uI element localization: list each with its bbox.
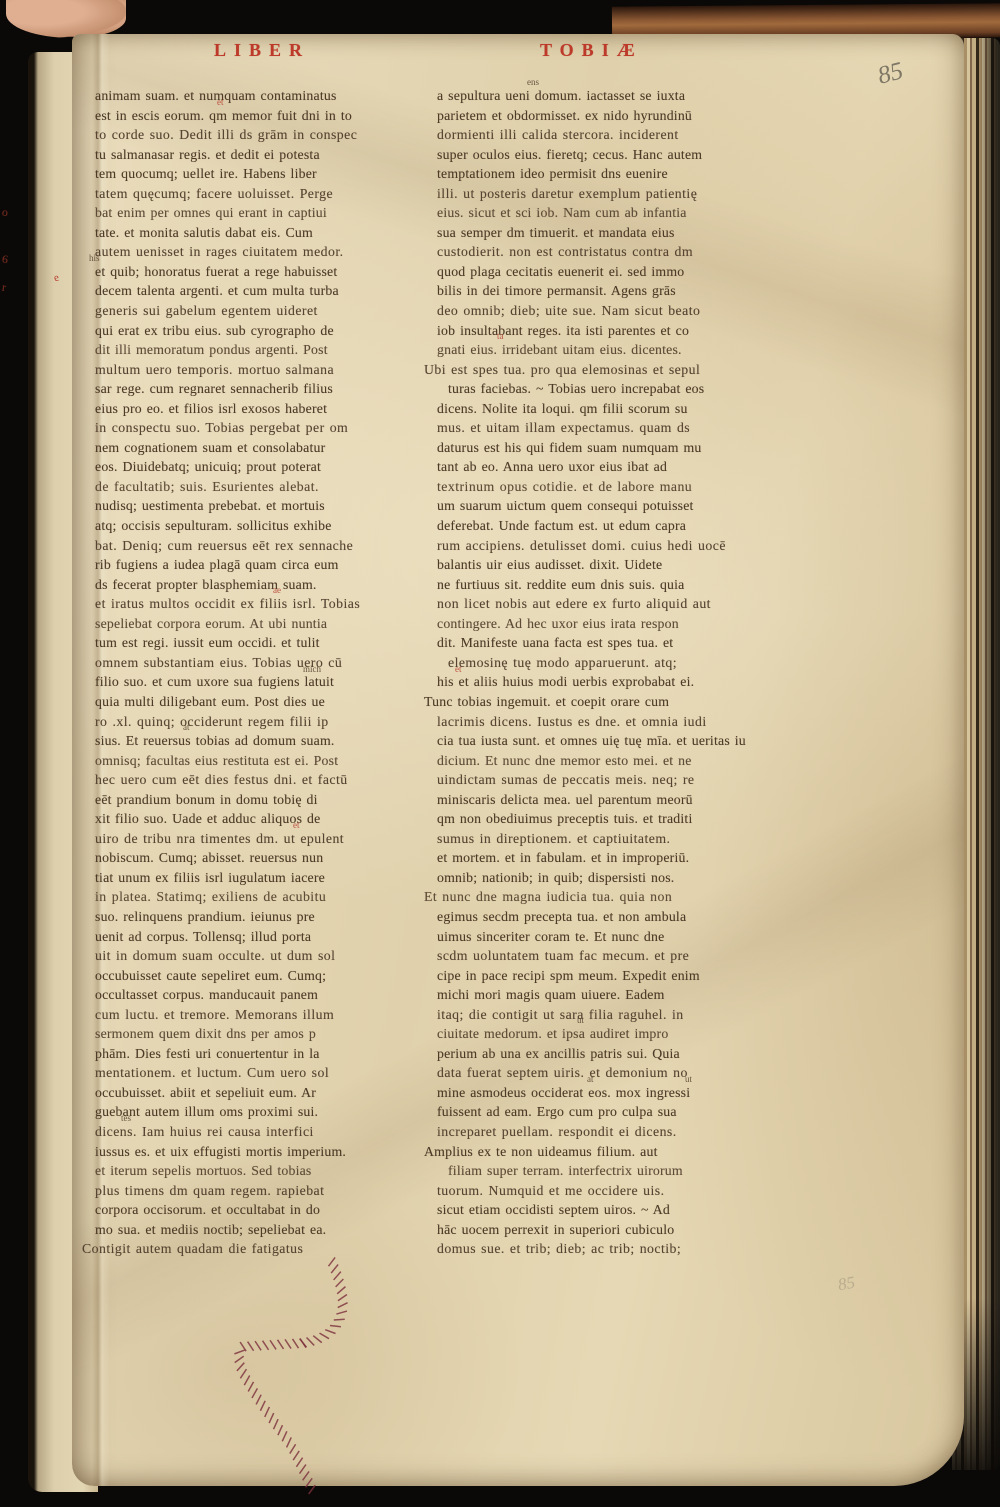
text-column-left: animam suam. et numquam contaminatusest … bbox=[95, 86, 431, 1259]
manuscript-line: cia tua iusta sunt. et omnes uię tuę mīa… bbox=[437, 731, 867, 751]
manuscript-line: tem quocumq; uellet ire. Habens liber bbox=[95, 164, 431, 184]
facing-page-text-fragment: o bbox=[1, 205, 9, 221]
manuscript-line: tate. et monita salutis dabat eis. Cum bbox=[95, 223, 431, 243]
manuscript-line: qm non obediuimus preceptis tuis. et tra… bbox=[437, 809, 867, 829]
manuscript-line: his et aliis huius modi uerbis exprobaba… bbox=[437, 672, 867, 692]
manuscript-line: sua semper dm timuerit. et mandata eius bbox=[437, 223, 867, 243]
manuscript-line: dicens. Nolite ita loqui. qm filii scoru… bbox=[437, 399, 867, 419]
manuscript-line: Amplius ex te non uideamus filium. aut bbox=[437, 1142, 867, 1162]
manuscript-line: uimus sinceriter coram te. Et nunc dne bbox=[437, 927, 867, 947]
manuscript-line: turas faciebas. ~ Tobias uero increpabat… bbox=[437, 379, 867, 399]
manuscript-line: temptationem ideo permisit dns euenire bbox=[437, 164, 867, 184]
manuscript-line: bilis in dei timore permansit. Agens grā… bbox=[437, 281, 867, 301]
interlinear-correction: mich bbox=[303, 664, 321, 674]
manuscript-line: tum est regi. iussit eum occidi. et tuli… bbox=[95, 633, 431, 653]
manuscript-line: dit illi memoratum pondus argenti. Post bbox=[95, 340, 431, 360]
folio-number: 85 bbox=[875, 57, 906, 90]
manuscript-line: contingere. Ad hec uxor eius irata respo… bbox=[437, 614, 867, 634]
manuscript-line: multum uero temporis. mortuo salmana bbox=[95, 360, 431, 380]
interlinear-correction: ae bbox=[273, 585, 281, 595]
manuscript-line: tatem quęcumq; facere uoluisset. Perge bbox=[95, 184, 431, 204]
manuscript-line: generis sui gabelum egentem uideret bbox=[95, 301, 431, 321]
manuscript-line: nudisq; uestimenta prebebat. et mortuis bbox=[95, 496, 431, 516]
manuscript-line: sepeliebat corpora eorum. At ubi nuntia bbox=[95, 614, 431, 634]
manuscript-line: perium ab una ex ancillis patris sui. Qu… bbox=[437, 1044, 867, 1064]
manuscript-line: tiat unum ex filiis isrl iugulatum iacer… bbox=[95, 868, 431, 888]
interlinear-correction: ut bbox=[685, 1074, 692, 1084]
manuscript-line: deferebat. Unde factum est. ut edum capr… bbox=[437, 516, 867, 536]
manuscript-line: quod plaga cecitatis euenerit ei. sed im… bbox=[437, 262, 867, 282]
manuscript-line: sar rege. cum regnaret sennacherib filiu… bbox=[95, 379, 431, 399]
manuscript-line: uiro de tribu nra timentes dm. ut epulen… bbox=[95, 829, 431, 849]
text-column-right: a sepultura ueni domum. iactasset se iux… bbox=[437, 86, 867, 1259]
manuscript-line: balantis uir eius audisset. dixit. Uidet… bbox=[437, 555, 867, 575]
manuscript-line: nobiscum. Cumq; abisset. reuersus nun bbox=[95, 848, 431, 868]
manuscript-line: et quib; honoratus fuerat a rege habuiss… bbox=[95, 262, 431, 282]
manuscript-line: et iterum sepelis mortuos. Sed tobias bbox=[95, 1161, 431, 1181]
interlinear-correction: et bbox=[455, 664, 462, 674]
interlinear-correction: tes bbox=[121, 1113, 131, 1123]
manuscript-line: ne furtiuus sit. reddite eum dnis suis. … bbox=[437, 575, 867, 595]
manuscript-line: increparet puellam. respondit ei dicens. bbox=[437, 1122, 867, 1142]
interlinear-correction: at bbox=[183, 722, 190, 732]
manuscript-line: mine asmodeus occiderat eos. mox ingress… bbox=[437, 1083, 867, 1103]
manuscript-line: omnisq; facultas eius restituta est ei. … bbox=[95, 751, 431, 771]
manuscript-line: lacrimis dicens. Iustus es dne. et omnia… bbox=[437, 712, 867, 732]
manuscript-line: plus timens dm quam regem. rapiebat bbox=[95, 1181, 431, 1201]
manuscript-line: animam suam. et numquam contaminatus bbox=[95, 86, 431, 106]
folio-number-faint: 85 bbox=[836, 1273, 856, 1296]
manuscript-line: domus sue. et trib; dieb; ac trib; nocti… bbox=[437, 1239, 867, 1259]
manuscript-line: eius pro eo. et filios isrl exosos haber… bbox=[95, 399, 431, 419]
manuscript-line: super oculos eius. fieretq; cecus. Hanc … bbox=[437, 145, 867, 165]
manuscript-line: to corde suo. Dedit illi ds grām in cons… bbox=[95, 125, 431, 145]
manuscript-line: cum luctu. et tremore. Memorans illum bbox=[95, 1005, 431, 1025]
manuscript-line: textrinum opus cotidie. et de labore man… bbox=[437, 477, 867, 497]
interlinear-correction: et bbox=[217, 97, 224, 107]
manuscript-line: sumus in direptionem. et captiuitatem. bbox=[437, 829, 867, 849]
manuscript-line: rib fugiens a iudea plagā quam circa eum bbox=[95, 555, 431, 575]
parchment-page: LIBER TOBIÆ 85 85 animam suam. et numqua… bbox=[72, 34, 964, 1486]
manuscript-line: eos. Diuidebatq; unicuiq; prout poterat bbox=[95, 457, 431, 477]
manuscript-line: egimus secdm precepta tua. et non ambula bbox=[437, 907, 867, 927]
running-title-liber: LIBER bbox=[214, 40, 310, 61]
manuscript-line: sius. Et reuersus tobias ad domum suam. bbox=[95, 731, 431, 751]
manuscript-line: corpora occisorum. et occultabat in do bbox=[95, 1200, 431, 1220]
manuscript-line: suo. relinquens prandium. ieiunus pre bbox=[95, 907, 431, 927]
manuscript-line: atq; occisis sepulturam. sollicitus exhi… bbox=[95, 516, 431, 536]
manuscript-line: eius. sicut et sci iob. Nam cum ab infan… bbox=[437, 203, 867, 223]
manuscript-line: filio suo. et cum uxore sua fugiens latu… bbox=[95, 672, 431, 692]
manuscript-line: rum accipiens. detulisset domi. cuius he… bbox=[437, 536, 867, 556]
manuscript-line: a sepultura ueni domum. iactasset se iux… bbox=[437, 86, 867, 106]
manuscript-line: eēt prandium bonum in domu tobię di bbox=[95, 790, 431, 810]
manuscript-line: deo omnib; dieb; uite sue. Nam sicut bea… bbox=[437, 301, 867, 321]
manuscript-line: Et nunc dne magna iudicia tua. quia non bbox=[437, 887, 867, 907]
manuscript-line: bat. Deniq; cum reuersus eēt rex sennach… bbox=[95, 536, 431, 556]
manuscript-line: non licet nobis aut edere ex furto aliqu… bbox=[437, 594, 867, 614]
manuscript-line: Ubi est spes tua. pro qua elemosinas et … bbox=[437, 360, 867, 380]
manuscript-line: ciuitate medorum. et ipsa audiret impro bbox=[437, 1024, 867, 1044]
manuscript-line: ro .xl. quinq; occiderunt regem filii ip bbox=[95, 712, 431, 732]
manuscript-line: autem uenisset in rages ciuitatem medor. bbox=[95, 242, 431, 262]
manuscript-line: ds fecerat propter blasphemiam suam. bbox=[95, 575, 431, 595]
manuscript-line: iussus es. et uix effugisti mortis imper… bbox=[95, 1142, 431, 1162]
manuscript-line: itaq; die contigit ut sara filia raguhel… bbox=[437, 1005, 867, 1025]
manuscript-line: tuorum. Numquid et me occidere uis. bbox=[437, 1181, 867, 1201]
manuscript-line: quia multi diligebant eum. Post dies ue bbox=[95, 692, 431, 712]
manuscript-line: hec uero cum eēt dies festus dni. et fac… bbox=[95, 770, 431, 790]
manuscript-line: omnem substantiam eius. Tobias uero cū bbox=[95, 653, 431, 673]
manuscript-line: mentationem. et luctum. Cum uero sol bbox=[95, 1063, 431, 1083]
manuscript-line: guebant autem illum oms proximi sui. bbox=[95, 1102, 431, 1122]
manuscript-line: et mortem. et in fabulam. et in improper… bbox=[437, 848, 867, 868]
manuscript-line: parietem et obdormisset. ex nido hyrundi… bbox=[437, 106, 867, 126]
interlinear-correction: et bbox=[293, 820, 300, 830]
interlinear-correction: ut bbox=[577, 1015, 584, 1025]
manuscript-line: custodierit. non est contristatus contra… bbox=[437, 242, 867, 262]
manuscript-line: um suarum uictum quem consequi potuisset bbox=[437, 496, 867, 516]
manuscript-line: sermonem quem dixit dns per amos p bbox=[95, 1024, 431, 1044]
manuscript-line: tant ab eo. Anna uero uxor eius ibat ad bbox=[437, 457, 867, 477]
running-title-tobiae: TOBIÆ bbox=[540, 40, 643, 61]
manuscript-line: et iratus multos occidit ex filiis isrl.… bbox=[95, 594, 431, 614]
interlinear-correction: ens bbox=[527, 77, 539, 87]
manuscript-line: filiam super terram. interfectrix uiroru… bbox=[437, 1161, 867, 1181]
manuscript-line: qui erat ex tribu eius. sub cyrographo d… bbox=[95, 321, 431, 341]
manuscript-line: dicens. Iam huius rei causa interfici bbox=[95, 1122, 431, 1142]
manuscript-line: mo sua. et mediis noctib; sepeliebat ea. bbox=[95, 1220, 431, 1240]
manuscript-line: bat enim per omnes qui erant in captiui bbox=[95, 203, 431, 223]
manuscript-line: omnib; nationib; in quib; dispersisti no… bbox=[437, 868, 867, 888]
facing-page-text-fragment: 6 bbox=[1, 252, 9, 268]
manuscript-line: michi mori magis quam uiuere. Eadem bbox=[437, 985, 867, 1005]
manuscript-line: gnati eius. irridebant uitam eius. dicen… bbox=[437, 340, 867, 360]
manuscript-line: daturus est his qui fidem suam numquam m… bbox=[437, 438, 867, 458]
manuscript-line: in platea. Statimq; exiliens de acubitu bbox=[95, 887, 431, 907]
manuscript-photo: LIBER TOBIÆ 85 85 animam suam. et numqua… bbox=[0, 0, 1000, 1507]
manuscript-line: Contigit autem quadam die fatigatus bbox=[95, 1239, 431, 1259]
manuscript-line: elemosinę tuę modo apparuerunt. atq; bbox=[437, 653, 867, 673]
manuscript-line: hāc uocem perrexit in superiori cubiculo bbox=[437, 1220, 867, 1240]
manuscript-line: dicium. Et nunc dne memor esto mei. et n… bbox=[437, 751, 867, 771]
manuscript-line: miniscaris delicta mea. uel parentum meo… bbox=[437, 790, 867, 810]
manuscript-line: uindictam sumas de peccatis meis. neq; r… bbox=[437, 770, 867, 790]
manuscript-line: est in escis eorum. qm memor fuit dni in… bbox=[95, 106, 431, 126]
manuscript-line: phām. Dies festi uri conuertentur in la bbox=[95, 1044, 431, 1064]
manuscript-line: Tunc tobias ingemuit. et coepit orare cu… bbox=[437, 692, 867, 712]
manuscript-line: uenit ad corpus. Tollensq; illud porta bbox=[95, 927, 431, 947]
manuscript-line: cipe in pace recipi spm meum. Expedit en… bbox=[437, 966, 867, 986]
manuscript-line: illi. ut posteris daretur exemplum patie… bbox=[437, 184, 867, 204]
manuscript-line: decem talenta argenti. et cum multa turb… bbox=[95, 281, 431, 301]
manuscript-line: occubuisset caute sepeliret eum. Cumq; bbox=[95, 966, 431, 986]
manuscript-line: nem cognationem suam et consolabatur bbox=[95, 438, 431, 458]
manuscript-line: tu salmanasar regis. et dedit ei potesta bbox=[95, 145, 431, 165]
manuscript-line: data fuerat septem uiris. et demonium no bbox=[437, 1063, 867, 1083]
manuscript-line: xit filio suo. Uade et adduc aliquos de bbox=[95, 809, 431, 829]
manuscript-line: scdm uoluntatem tuam fac mecum. et pre bbox=[437, 946, 867, 966]
interlinear-correction: at bbox=[587, 1074, 594, 1084]
holding-finger bbox=[6, 0, 126, 38]
manuscript-line: sicut etiam occidisti septem uiros. ~ Ad bbox=[437, 1200, 867, 1220]
manuscript-line: mus. et uitam illam expectamus. quam ds bbox=[437, 418, 867, 438]
manuscript-line: fuissent ad eam. Ergo cum pro culpa sua bbox=[437, 1102, 867, 1122]
manuscript-line: de facultatib; suis. Esurientes alebat. bbox=[95, 477, 431, 497]
manuscript-line: in conspectu suo. Tobias pergebat per om bbox=[95, 418, 431, 438]
manuscript-line: uit in domum suam occulte. ut dum sol bbox=[95, 946, 431, 966]
interlinear-correction: ta bbox=[497, 331, 504, 341]
interlinear-correction: his bbox=[89, 253, 100, 263]
manuscript-line: occubuisset. abiit et sepeliuit eum. Ar bbox=[95, 1083, 431, 1103]
manuscript-line: dit. Manifeste uana facta est spes tua. … bbox=[437, 633, 867, 653]
manuscript-line: occultasset corpus. manducauit panem bbox=[95, 985, 431, 1005]
facing-page-text-fragment: r bbox=[1, 280, 7, 295]
manuscript-line: dormienti illi calida stercora. incidere… bbox=[437, 125, 867, 145]
